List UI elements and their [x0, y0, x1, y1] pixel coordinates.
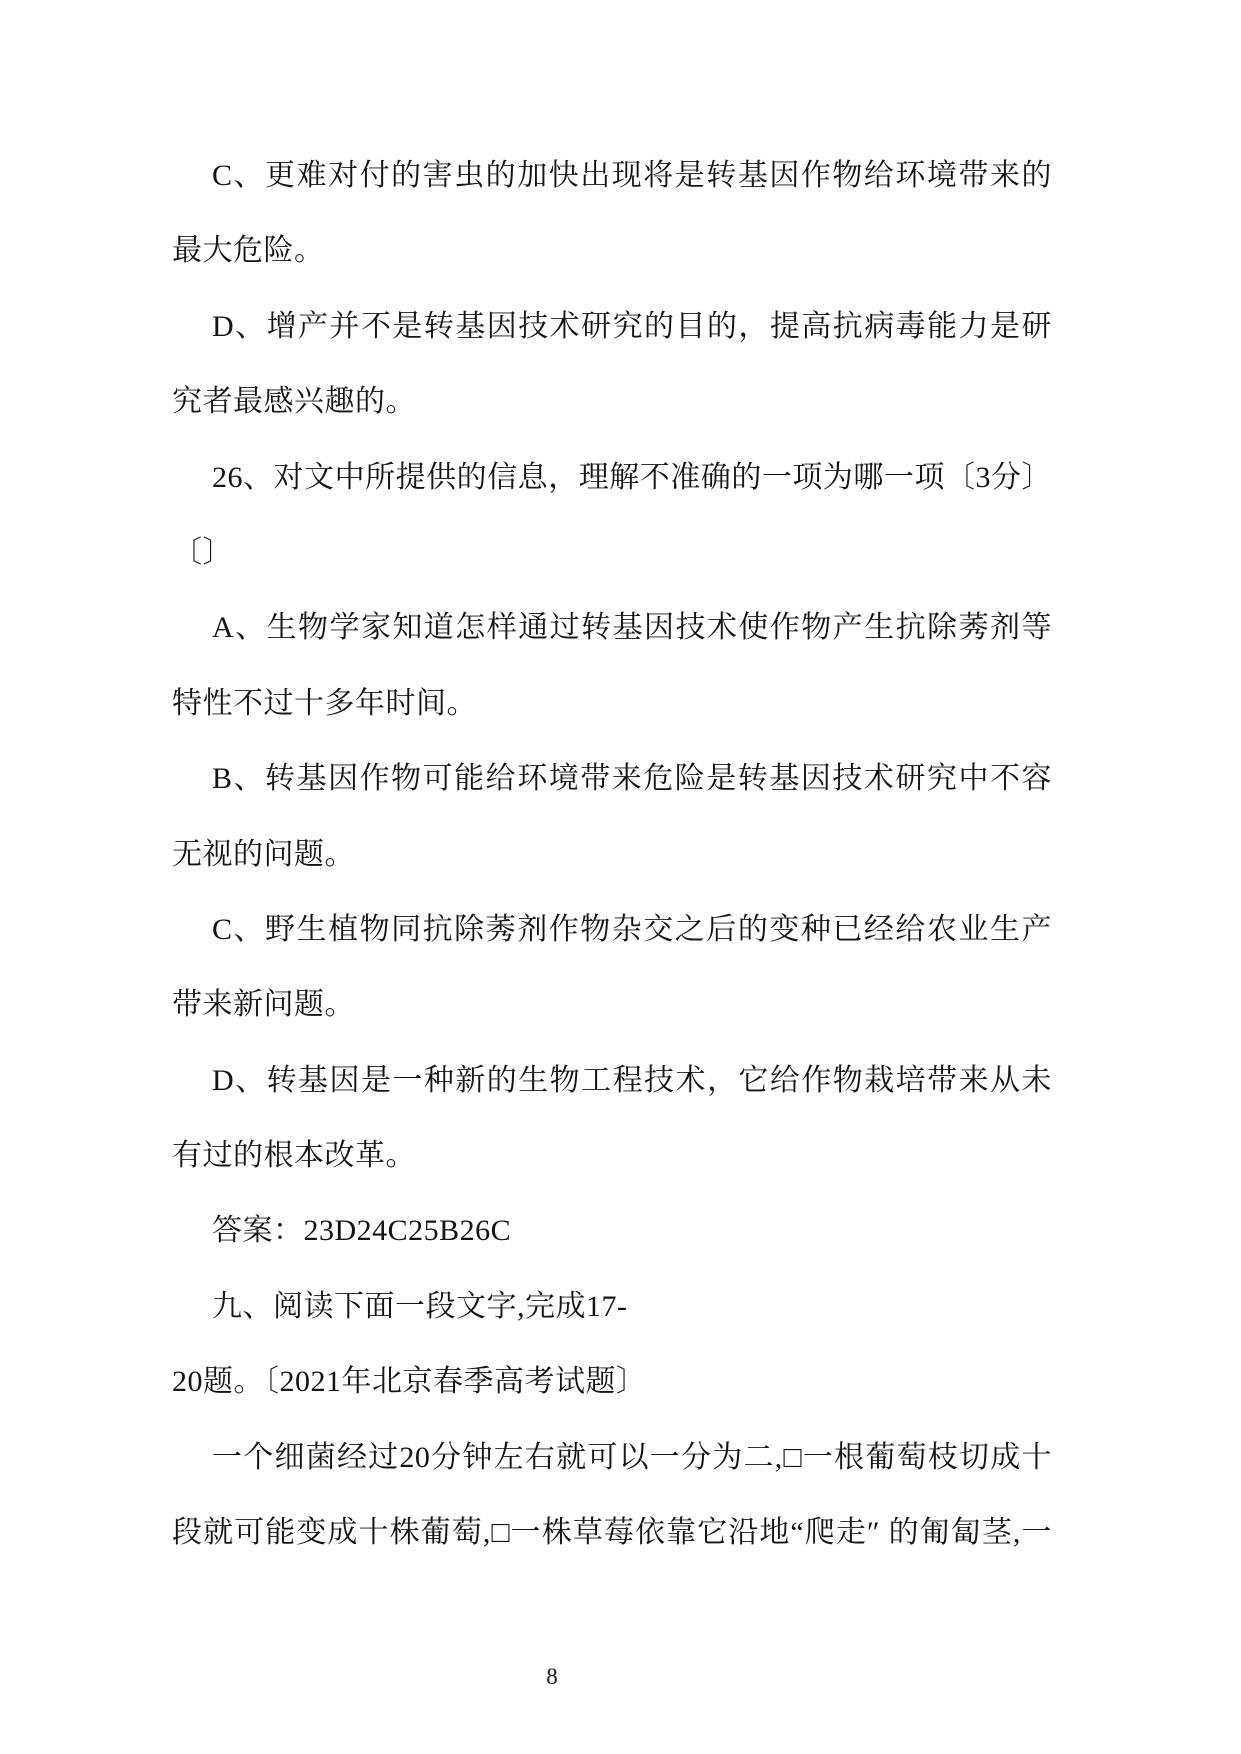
text-line: 特性不过十多年时间。: [172, 666, 1052, 741]
section-heading: 九、阅读下面一段文字,完成17-: [172, 1269, 1052, 1344]
document-body: C、更难对付的害虫的加快出现将是转基因作物给环境带来的 最大危险。 D、增产并不…: [172, 138, 1052, 1570]
text-line: 带来新问题。: [172, 967, 1052, 1042]
text-line: 最大危险。: [172, 213, 1052, 288]
text-line: A、生物学家知道怎样通过转基因技术使作物产生抗除莠剂等: [172, 590, 1052, 665]
text-line: 20题。〔2021年北京春季高考试题〕: [172, 1344, 1052, 1419]
text-line: 段就可能变成十株葡萄,□一株草莓依靠它沿地“爬走″ 的匍匐茎,一: [172, 1495, 1052, 1570]
text-line: C、野生植物同抗除莠剂作物杂交之后的变种已经给农业生产: [172, 892, 1052, 967]
text-line: D、转基因是一种新的生物工程技术，它给作物栽培带来从未: [172, 1043, 1052, 1118]
page-number: 8: [0, 1662, 1104, 1692]
text-line: 一个细菌经过20分钟左右就可以一分为二,□一根葡萄枝切成十: [172, 1420, 1052, 1495]
text-line: 究者最感兴趣的。: [172, 364, 1052, 439]
text-line: 有过的根本改革。: [172, 1118, 1052, 1193]
text-line: 26、对文中所提供的信息，理解不准确的一项为哪一项〔3分〕: [172, 440, 1052, 515]
text-line: B、转基因作物可能给环境带来危险是转基因技术研究中不容: [172, 741, 1052, 816]
answer-line: 答案：23D24C25B26C: [172, 1193, 1052, 1268]
text-line: 无视的问题。: [172, 817, 1052, 892]
text-line: C、更难对付的害虫的加快出现将是转基因作物给环境带来的: [172, 138, 1052, 213]
text-line: D、增产并不是转基因技术研究的目的，提高抗病毒能力是研: [172, 289, 1052, 364]
text-line: 〔〕: [172, 515, 1052, 590]
